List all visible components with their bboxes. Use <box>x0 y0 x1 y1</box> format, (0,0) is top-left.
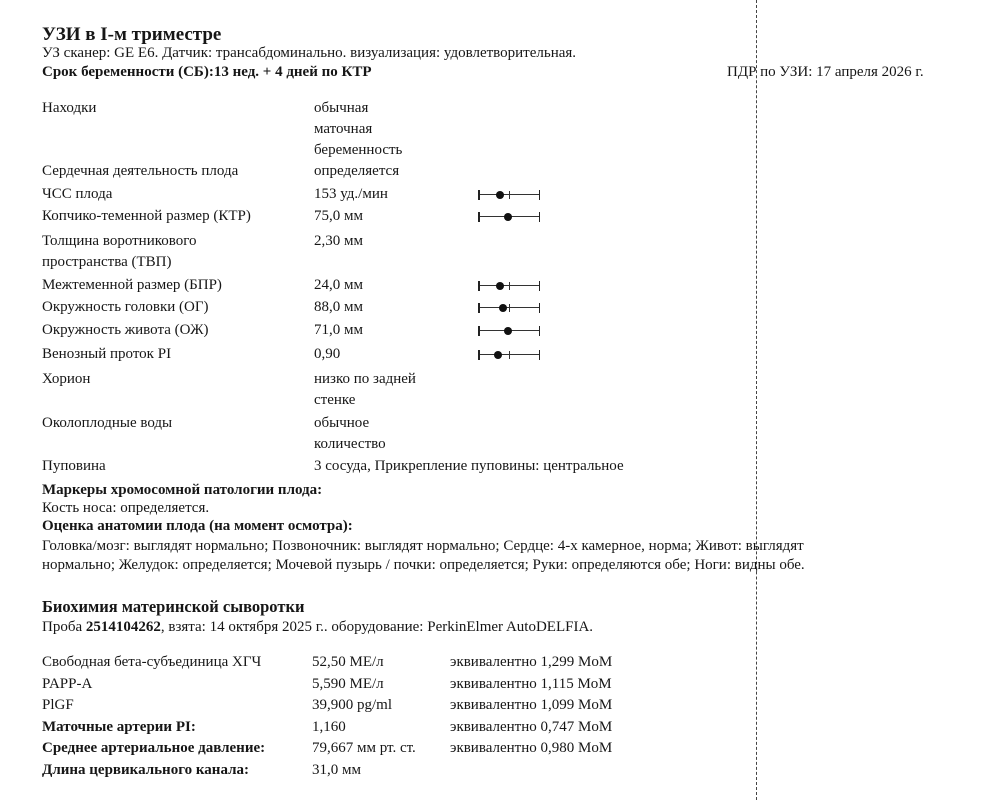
reference-range-indicator <box>478 350 540 360</box>
nasal-bone: Кость носа: определяется. <box>42 500 209 517</box>
finding-value: 24,0 мм <box>314 277 363 294</box>
range-max-tick <box>539 326 541 336</box>
finding-value: 75,0 мм <box>314 208 363 225</box>
range-min-tick <box>478 303 480 313</box>
biochem-label: Свободная бета-субъединица ХГЧ <box>42 654 261 671</box>
finding-label: Пуповина <box>42 458 106 475</box>
finding-label: Окружность головки (ОГ) <box>42 299 209 316</box>
finding-label: Околоплодные воды <box>42 415 172 432</box>
finding-label: Венозный проток PI <box>42 346 171 363</box>
finding-label: Сердечная деятельность плода <box>42 163 238 180</box>
range-min-tick <box>478 212 480 222</box>
range-max-tick <box>539 281 541 291</box>
finding-label: ЧСС плода <box>42 186 112 203</box>
range-max-tick <box>539 303 541 313</box>
finding-value: 88,0 мм <box>314 299 363 316</box>
finding-value: 71,0 мм <box>314 322 363 339</box>
finding-value: 153 уд./мин <box>314 186 388 203</box>
range-median-tick <box>509 282 510 290</box>
range-min-tick <box>478 326 480 336</box>
range-max-tick <box>539 212 541 222</box>
finding-value: 3 сосуда, Прикрепление пуповины: централ… <box>314 458 624 475</box>
scanner-info: УЗ сканер: GE E6. Датчик: трансабдоминал… <box>42 45 576 62</box>
chromosomal-markers-title: Маркеры хромосомной патологии плода: <box>42 482 322 499</box>
biochem-label: Маточные артерии PI: <box>42 719 196 736</box>
range-median-tick <box>509 304 510 312</box>
scanned-document-page: УЗИ в I-м триместре УЗ сканер: GE E6. Да… <box>0 0 1000 800</box>
sample-prefix: Проба <box>42 619 86 635</box>
finding-value: беременность <box>314 142 402 159</box>
biochem-mom: эквивалентно 1,115 MoM <box>450 676 612 693</box>
sample-id: 2514104262 <box>86 619 161 635</box>
reference-range-indicator <box>478 303 540 313</box>
range-max-tick <box>539 350 541 360</box>
range-median-tick <box>509 351 510 359</box>
sample-suffix: , взята: 14 октября 2025 г.. оборудовани… <box>161 619 593 635</box>
finding-label: Хорион <box>42 371 90 388</box>
measurement-dot <box>494 351 502 359</box>
biochem-value: 79,667 мм рт. ст. <box>312 740 416 757</box>
finding-value: маточная <box>314 121 372 138</box>
finding-label: Толщина воротникового <box>42 233 197 250</box>
biochem-label: Среднее артериальное давление: <box>42 740 265 757</box>
finding-value: 2,30 мм <box>314 233 363 250</box>
finding-label: Окружность живота (ОЖ) <box>42 322 209 339</box>
anatomy-line-2: нормально; Желудок: определяется; Мочево… <box>42 557 805 574</box>
gestational-age: Срок беременности (СБ):13 нед. + 4 дней … <box>42 64 372 81</box>
biochem-mom: эквивалентно 1,099 MoM <box>450 697 612 714</box>
biochem-value: 5,590 МЕ/л <box>312 676 384 693</box>
biochem-label: Длина цервикального канала: <box>42 762 249 779</box>
biochem-mom: эквивалентно 0,980 MoM <box>450 740 612 757</box>
anatomy-line-1: Головка/мозг: выглядят нормально; Позвон… <box>42 538 804 555</box>
ultrasound-section-title: УЗИ в I-м триместре <box>42 24 221 46</box>
finding-value: обычная <box>314 100 368 117</box>
range-median-tick <box>509 191 510 199</box>
sample-info: Проба 2514104262, взята: 14 октября 2025… <box>42 619 593 636</box>
measurement-dot <box>499 304 507 312</box>
finding-value: стенке <box>314 392 355 409</box>
biochem-label: PAPP-A <box>42 676 92 693</box>
finding-label: Копчико-теменной размер (КТР) <box>42 208 251 225</box>
biochem-value: 1,160 <box>312 719 346 736</box>
due-date: ПДР по УЗИ: 17 апреля 2026 г. <box>727 64 924 81</box>
biochemistry-section-title: Биохимия материнской сыворотки <box>42 597 304 617</box>
biochem-label: PlGF <box>42 697 74 714</box>
measurement-dot <box>496 282 504 290</box>
reference-range-indicator <box>478 190 540 200</box>
biochem-value: 39,900 pg/ml <box>312 697 392 714</box>
finding-value: определяется <box>314 163 399 180</box>
finding-value: количество <box>314 436 386 453</box>
page-fold-line <box>756 0 757 800</box>
range-min-tick <box>478 350 480 360</box>
measurement-dot <box>504 327 512 335</box>
range-max-tick <box>539 190 541 200</box>
range-min-tick <box>478 190 480 200</box>
measurement-dot <box>504 213 512 221</box>
finding-label: Межтеменной размер (БПР) <box>42 277 222 294</box>
reference-range-indicator <box>478 281 540 291</box>
finding-label: Находки <box>42 100 96 117</box>
measurement-dot <box>496 191 504 199</box>
reference-range-indicator <box>478 212 540 222</box>
biochem-value: 31,0 мм <box>312 762 361 779</box>
finding-label: пространства (ТВП) <box>42 254 171 271</box>
biochem-mom: эквивалентно 0,747 MoM <box>450 719 612 736</box>
anatomy-title: Оценка анатомии плода (на момент осмотра… <box>42 518 353 535</box>
finding-value: 0,90 <box>314 346 340 363</box>
biochem-value: 52,50 МЕ/л <box>312 654 384 671</box>
reference-range-indicator <box>478 326 540 336</box>
biochem-mom: эквивалентно 1,299 MoM <box>450 654 612 671</box>
finding-value: обычное <box>314 415 369 432</box>
finding-value: низко по задней <box>314 371 416 388</box>
range-min-tick <box>478 281 480 291</box>
